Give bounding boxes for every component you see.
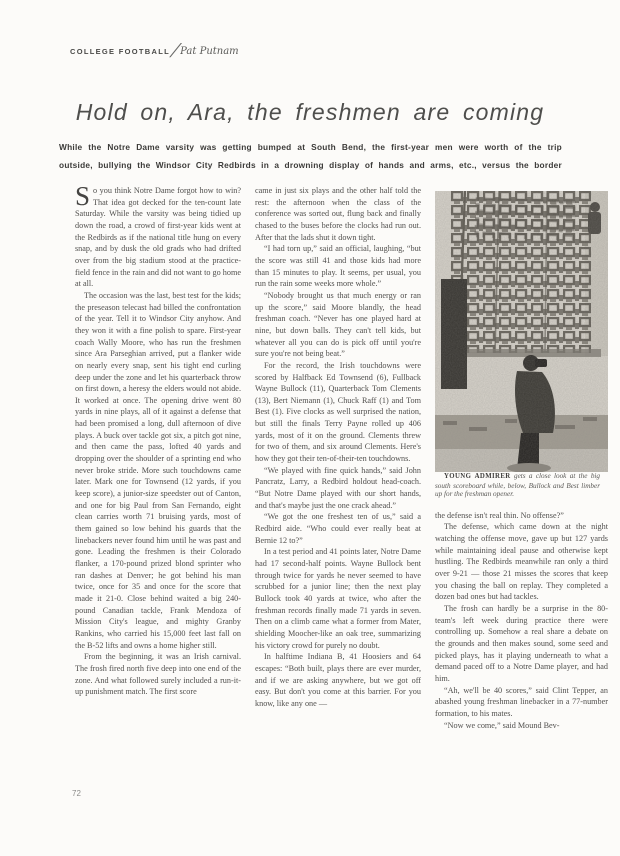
drop-cap: S [75,185,93,207]
paragraph: “Ah, we'll be 40 scores,” said Clint Tep… [435,685,608,720]
paragraph: “We got the one freshest ten of us,” sai… [255,511,421,546]
section-kicker: COLLEGE FOOTBALL ⁄ Pat Putnam [70,46,239,57]
article-headline: Hold on, Ara, the freshmen are coming [0,99,620,126]
paragraph: In halftime Indiana B, 41 Hoosiers and 6… [255,651,421,709]
body-column-2: came in just six plays and the other hal… [255,185,421,774]
page-number: 72 [72,789,81,798]
paragraph: For the record, the Irish touchdowns wer… [255,360,421,465]
author-byline: Pat Putnam [180,46,239,57]
paragraph: So you think Notre Dame forgot how to wi… [75,185,241,290]
paragraph-text: o you think Notre Dame forgot how to win… [75,186,241,288]
column-3-text: the defense isn't real thin. No offense?… [435,510,608,754]
paragraph: came in just six plays and the other hal… [255,185,421,243]
film-grain-overlay [435,191,608,472]
paragraph: the defense isn't real thin. No offense?… [435,510,608,522]
section-label: COLLEGE FOOTBALL [70,47,170,56]
paragraph: “I had torn up,” said an official, laugh… [255,243,421,290]
paragraph: “Nobody brought us that much energy or r… [255,290,421,360]
paragraph: “We played with fine quick hands,” said … [255,465,421,512]
paragraph: “Now we come,” said Mound Bev- [435,720,608,732]
deck-line-1: While the Notre Dame varsity was getting… [59,142,562,152]
feature-photo [435,191,608,472]
paragraph: The defense, which came down at the nigh… [435,521,608,603]
paragraph: The frosh can hardly be a surprise in th… [435,603,608,685]
paragraph: From the beginning, it was an Irish carn… [75,651,241,698]
caption-lead: YOUNG ADMIRER [444,473,511,480]
paragraph: In a test period and 41 points later, No… [255,546,421,651]
photo-caption: YOUNG ADMIRER gets a close look at the b… [435,472,600,499]
body-column-3: YOUNG ADMIRER gets a close look at the b… [435,185,608,774]
paragraph: The occasion was the last, best test for… [75,290,241,651]
deck-line-2: outside, bullying the Windsor City Redbi… [59,160,562,170]
body-column-1: So you think Notre Dame forgot how to wi… [75,185,241,774]
magazine-page: COLLEGE FOOTBALL ⁄ Pat Putnam Hold on, A… [0,0,620,856]
